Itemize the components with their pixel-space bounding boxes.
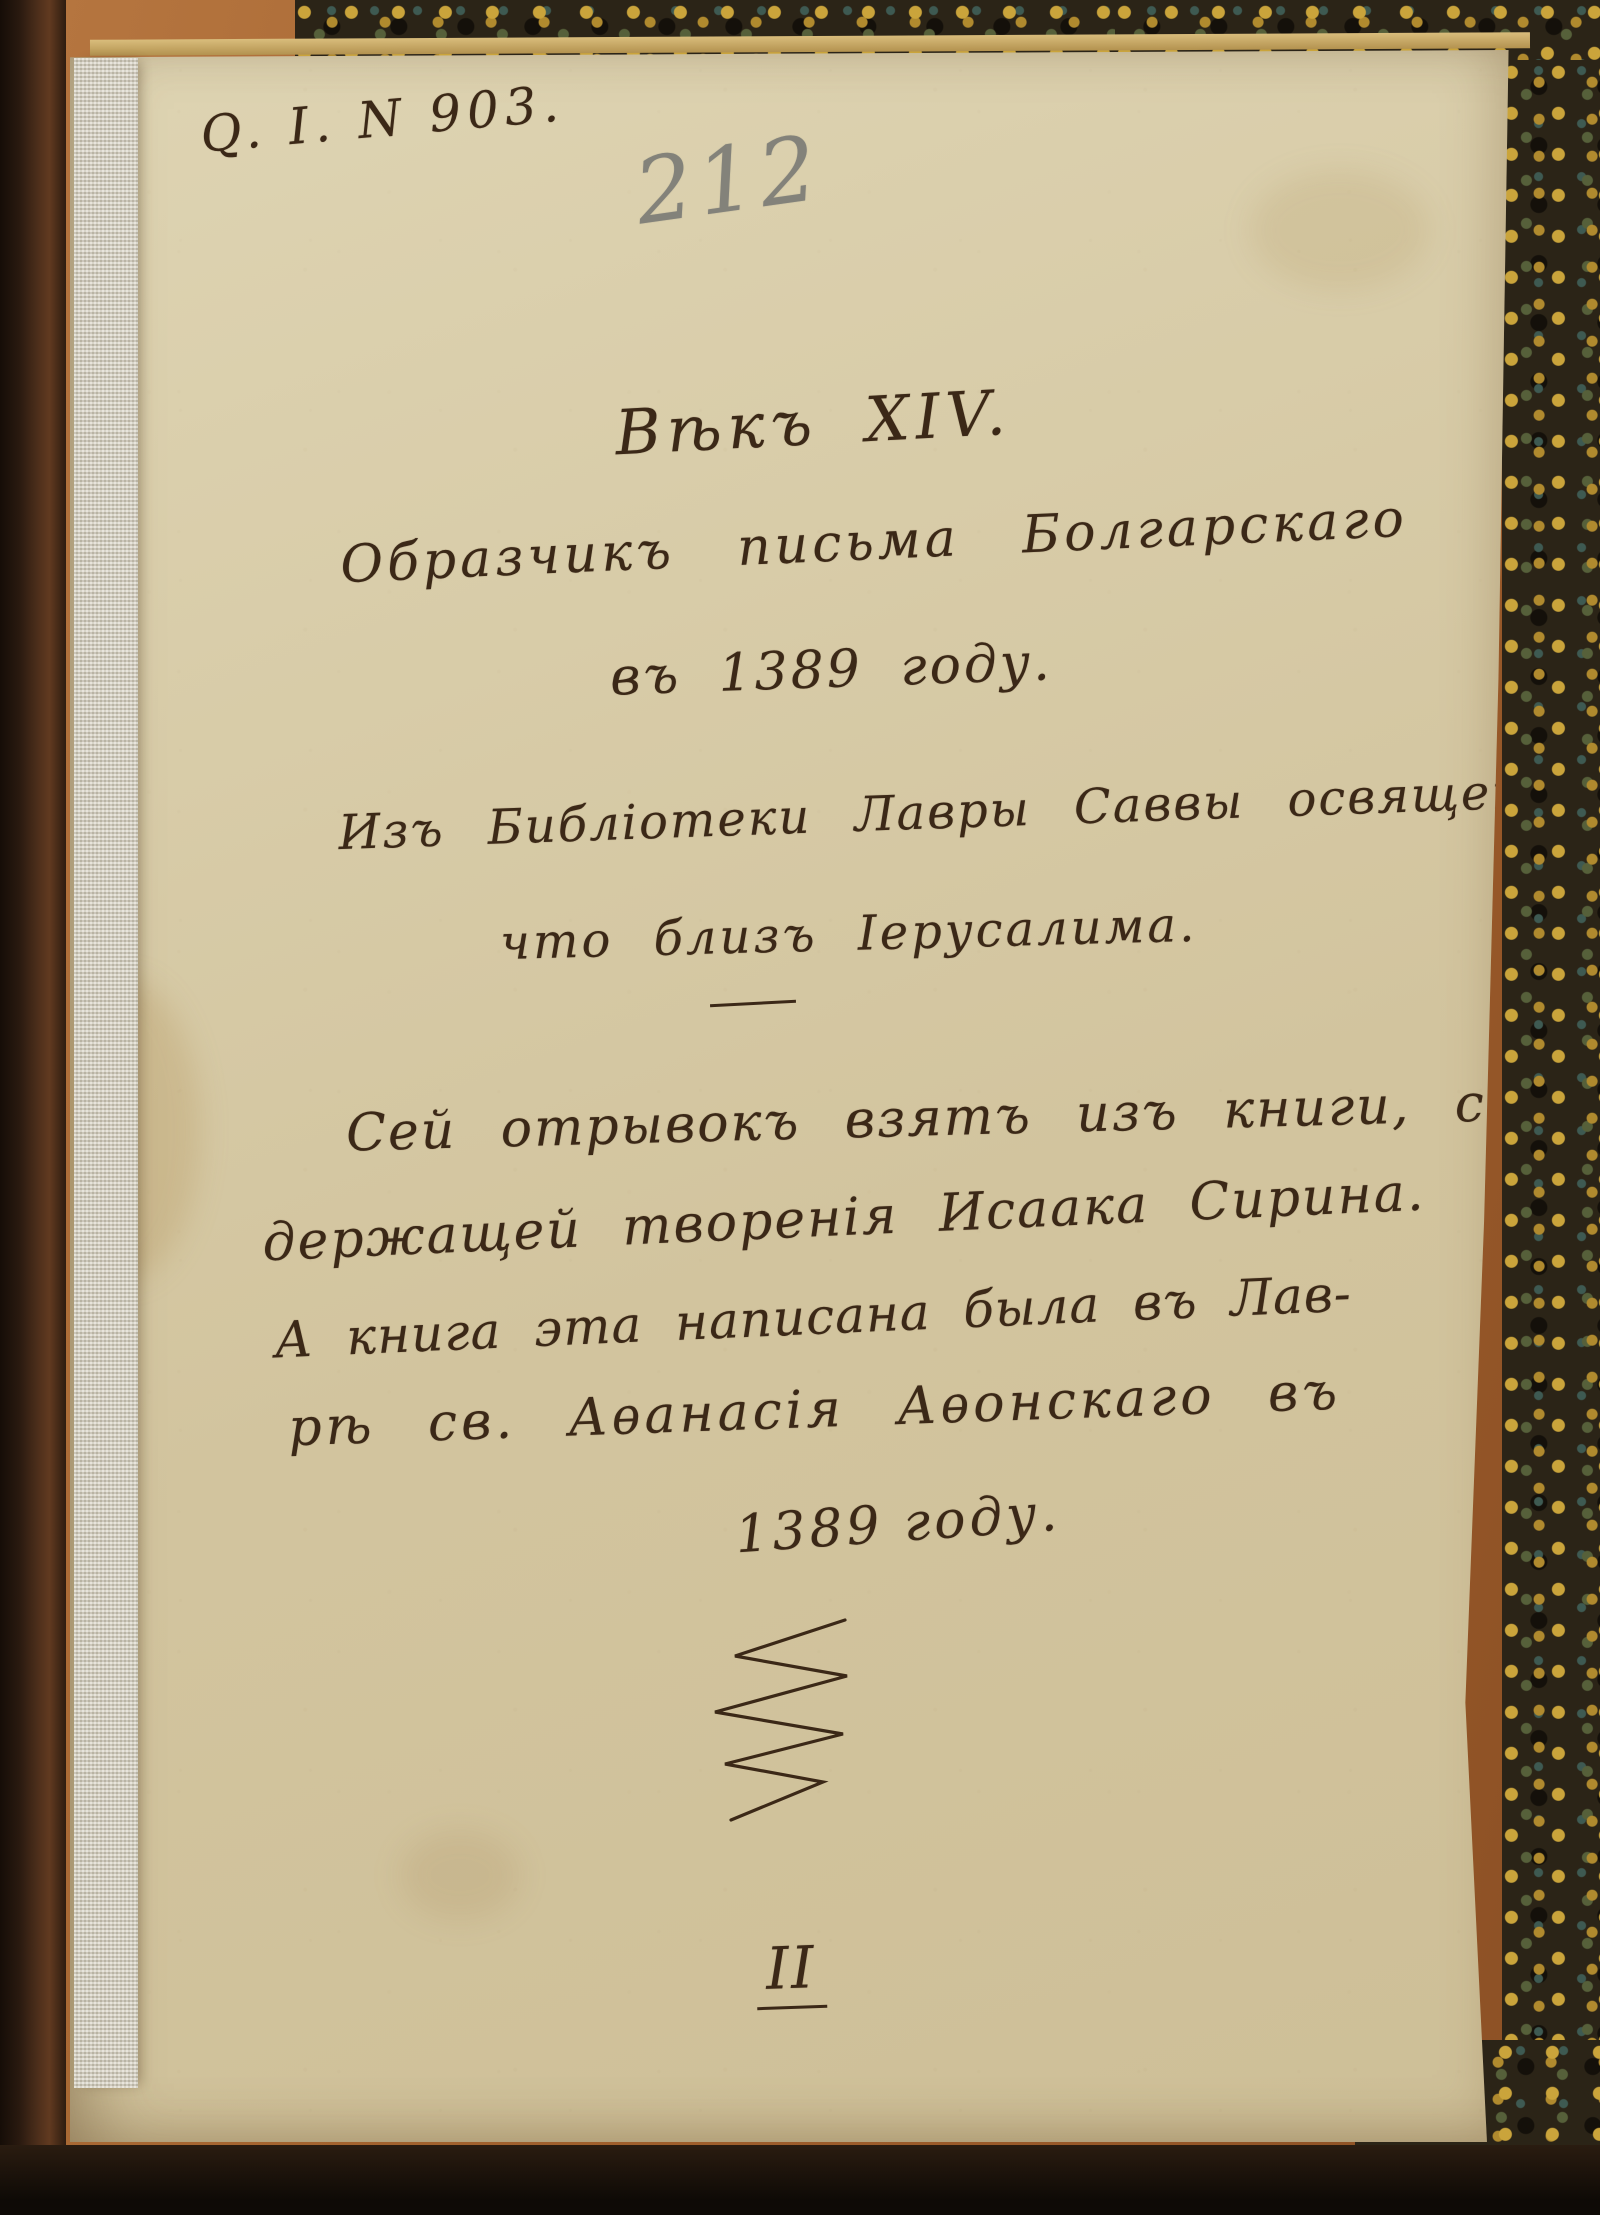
provenance-line-2: что близъ Іерусалима. [499, 897, 1198, 971]
stain [1250, 170, 1430, 290]
book-spine [0, 0, 66, 2215]
note-line-4: рѣ св. Аѳанасія Аѳонскаго въ [287, 1362, 1342, 1459]
manuscript-photo: Q. I. N 903. 212 Вѣкъ XIV. Образчикъ пис… [0, 0, 1600, 2215]
pen-flourish [695, 1612, 855, 1827]
provenance-line-1: Изъ Библіотеки Лавры Саввы освященнаго, [337, 759, 1600, 861]
pencil-page-number: 212 [629, 116, 829, 246]
century-heading: Вѣкъ XIV. [613, 376, 1013, 470]
note-line-1: Сей отрывокъ взятъ изъ книги, со- [345, 1072, 1539, 1163]
book-bottom-edge [0, 2145, 1600, 2215]
title-line-1: Образчикъ письма Болгарскаго [339, 489, 1409, 596]
note-line-5: 1389 году. [733, 1483, 1063, 1566]
title-line-2: въ 1389 году. [609, 632, 1053, 707]
flyleaf-page: Q. I. N 903. 212 Вѣкъ XIV. Образчикъ пис… [70, 50, 1510, 2142]
note-line-2: держащей творенія Исаака Сирина. [261, 1163, 1426, 1274]
marbled-paper-right [1502, 60, 1600, 2160]
folio-number: II [755, 1933, 827, 2010]
ink-divider [710, 1000, 796, 1007]
linen-hinge-cloth [74, 58, 138, 2088]
stain [400, 1830, 520, 1920]
note-line-3: А книга эта написана была въ Лав- [273, 1265, 1353, 1370]
shelfmark: Q. I. N 903. [198, 74, 566, 164]
